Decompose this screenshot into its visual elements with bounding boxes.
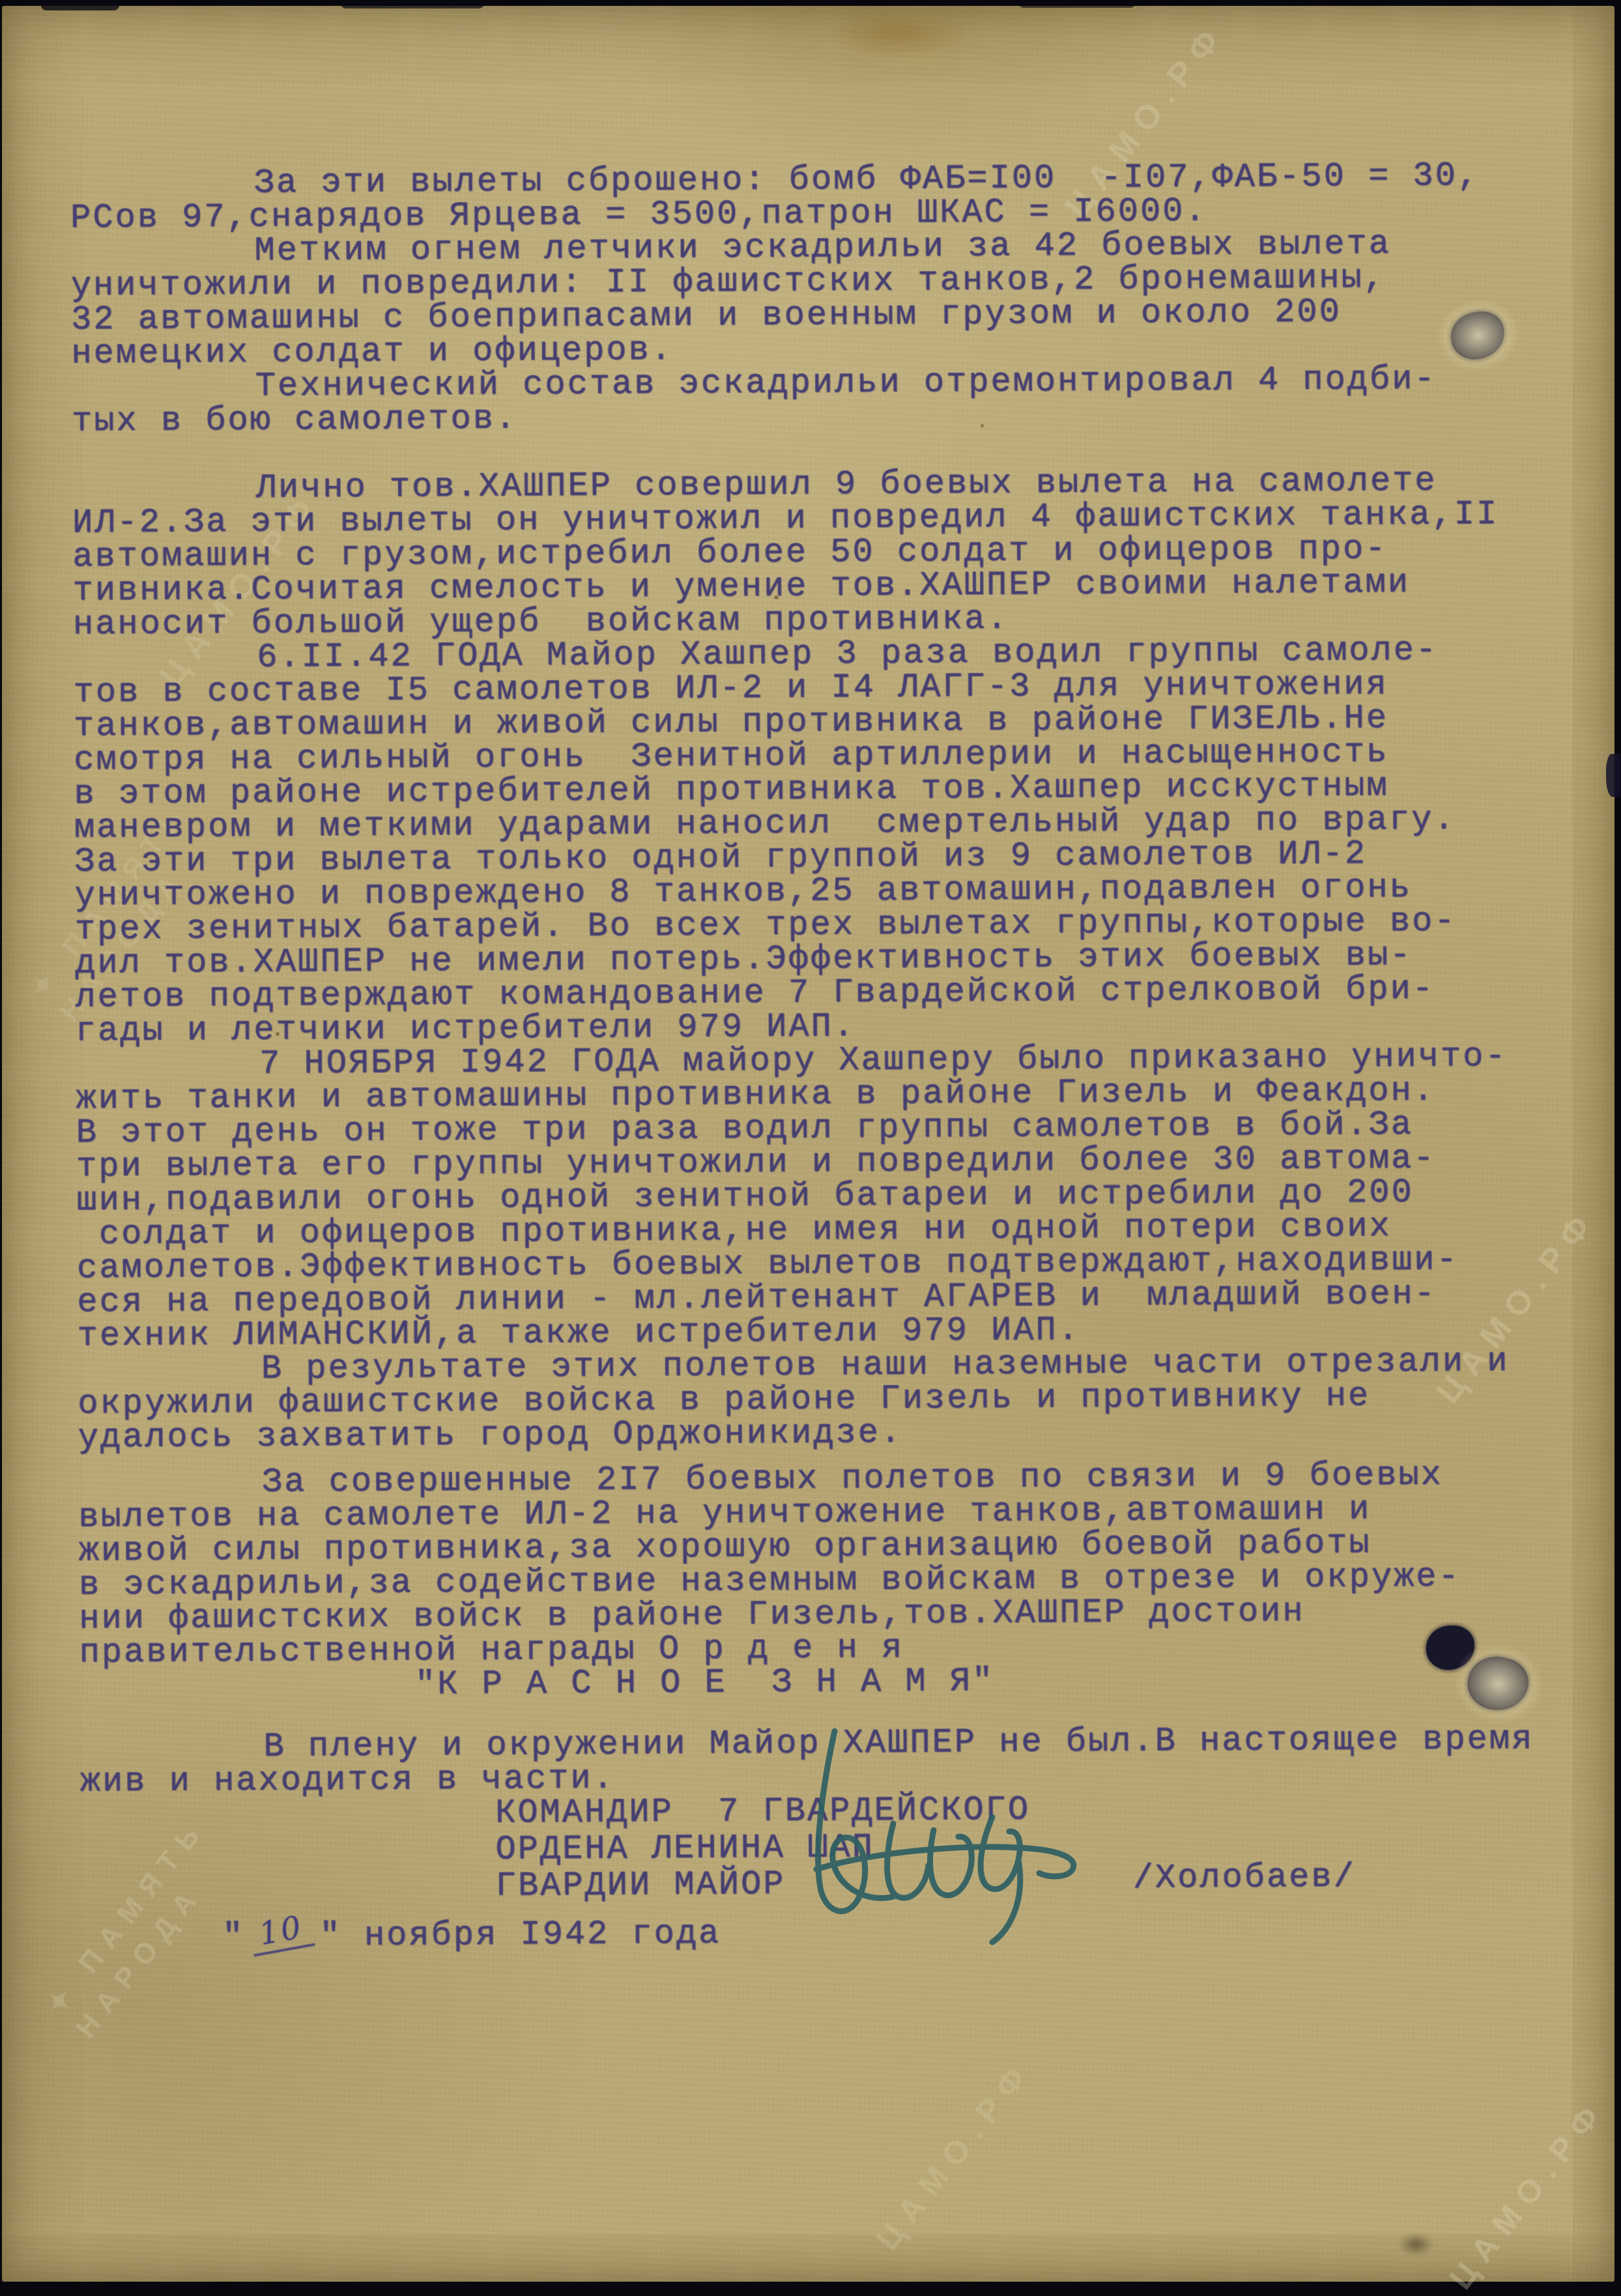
date-line: "10" ноября I942 года: [222, 1915, 721, 1952]
paragraph-ground-result: В результате этих полетов наши наземные …: [78, 1345, 1510, 1455]
paper: ЦАМО.РФ ЦАМО.РФ ЦАМО.РФ ЦАМО.РФ ЦАМО.РФ …: [2, 6, 1614, 2282]
sign-block-rank-line: ГВАРДИИ МАЙОР: [496, 1867, 786, 1903]
paragraph-technical-staff: Технический состав эскадрильи отремонтир…: [72, 362, 1437, 438]
scan-edge-notch: [41, 0, 119, 10]
paper-speck: [458, 1929, 462, 1932]
text-line: Технический состав эскадрильи отремонтир…: [72, 362, 1437, 405]
sign-block-commander-line: КОМАНДИР 7 ГВАРДЕЙСКОГО: [495, 1793, 1030, 1830]
paragraph-not-captured: В плену и окружении Майор ХАШПЕР не был.…: [79, 1722, 1534, 1799]
sign-block-regiment-line: ОРДЕНА ЛЕНИНА ШАП: [495, 1831, 874, 1867]
paragraph-award-merit: За совершенные 2I7 боевых полетов по свя…: [78, 1458, 1461, 1670]
paper-speck: [774, 596, 779, 599]
paragraph-nov7-missions: 7 НОЯБРЯ I942 ГОДА майору Хашперу было п…: [76, 1040, 1509, 1353]
paragraph-squadron-results: Метким огнем летчики эскадрильи за 42 бо…: [70, 227, 1392, 371]
paragraph-nov6-missions: 6.II.42 ГОДА Майор Хашпер 3 раза водил г…: [73, 633, 1457, 1048]
paragraph-personal-sorties: Лично тов.ХАШПЕР совершил 9 боевых вылет…: [72, 464, 1500, 642]
paper-hole-right-top: [1448, 309, 1507, 363]
handwritten-day: 10: [248, 1908, 315, 1957]
paragraph-bombs-dropped: За эти вылеты сброшено: бомб ФАБ=I00 -I0…: [70, 159, 1480, 235]
text-line: удалось захватить город Орджоникидзе.: [78, 1413, 1510, 1455]
text-line: 32 автомашины с боеприпасами и военным г…: [71, 295, 1392, 337]
torn-edge-nick: [1606, 754, 1620, 797]
signer-name: /Холобаев/: [1133, 1860, 1356, 1895]
paper-speck: [981, 424, 984, 427]
date-rest: ноября I942 года: [342, 1914, 721, 1955]
award-name-line: "К Р А С Н О Е З Н А М Я": [415, 1664, 995, 1701]
paper-stain: [820, 6, 977, 62]
date-quote-close: ": [319, 1917, 342, 1955]
text-line: В плену и окружении Майор ХАШПЕР не был.…: [79, 1722, 1534, 1765]
date-quote-open: ": [222, 1917, 245, 1956]
paper-speck: [276, 1032, 280, 1036]
scan-edge-notch: [341, 0, 484, 8]
text-line: тых в бою самолетов.: [72, 396, 1437, 438]
scan-edge-notch: [1018, 0, 1136, 8]
paper-hole-right-2: [1462, 1650, 1533, 1717]
typed-text: За эти вылеты сброшено: бомб ФАБ=I00 -I0…: [1, 0, 1621, 2282]
paper-speck: [1339, 815, 1342, 818]
paper-smudge: [1396, 2231, 1435, 2258]
page-scan: ЦАМО.РФ ЦАМО.РФ ЦАМО.РФ ЦАМО.РФ ЦАМО.РФ …: [0, 0, 1621, 2296]
